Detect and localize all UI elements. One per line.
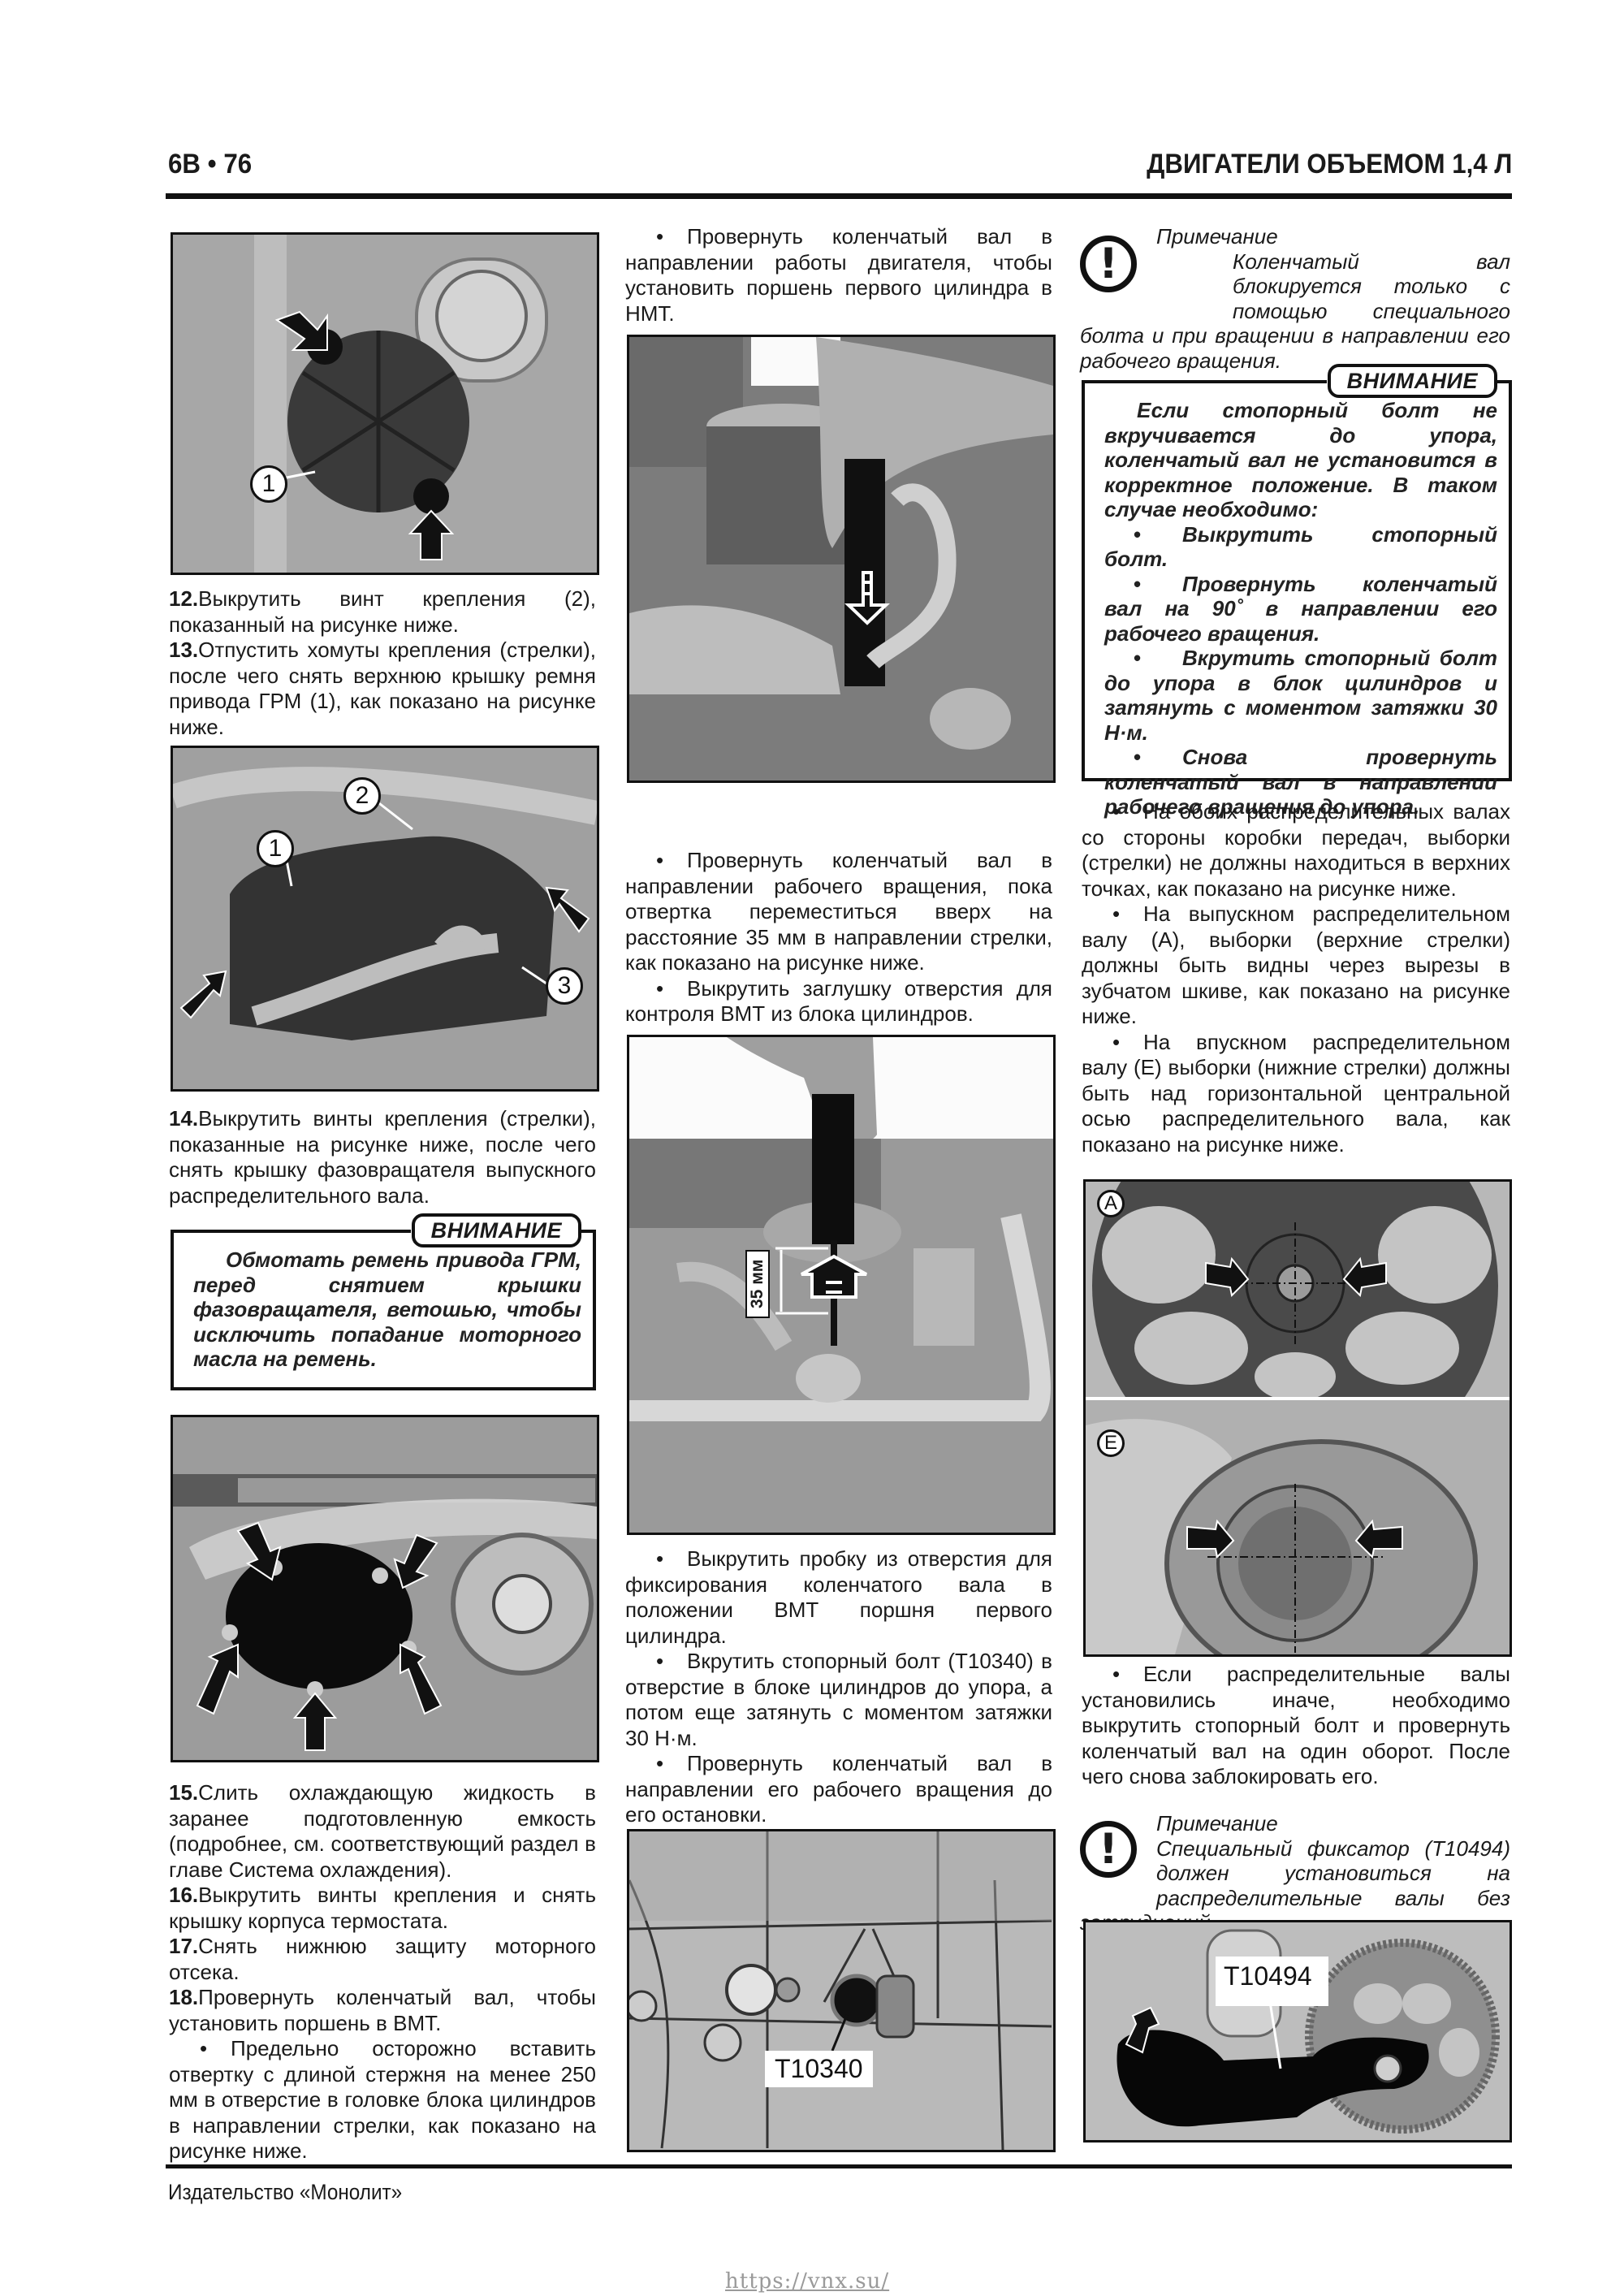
- engine-photo-illustration: [173, 235, 597, 573]
- bullet-intake-camshaft: На впускном распределительном валу (Е) в…: [1082, 1030, 1510, 1158]
- warning-text: Если стопорный болт не вкручивается до у…: [1085, 380, 1509, 828]
- column-1-text-c: 15.Слить охлаждающую жидкость в заранее …: [169, 1780, 596, 2164]
- label-exhaust-camshaft-a: A: [1097, 1190, 1125, 1217]
- bullet-exhaust-camshaft: На выпускном распределительном валу (А),…: [1082, 902, 1510, 1030]
- label-intake-camshaft-e: E: [1097, 1429, 1125, 1457]
- figure-screwdriver-insert: [627, 335, 1056, 783]
- bullet-both-camshafts: На обоих распределительных валах со стор…: [1082, 799, 1510, 902]
- engine-photo-illustration: [629, 1831, 1053, 2150]
- column-1-text-b: 14.Выкрутить винты крепления (стрелки), …: [169, 1106, 596, 1209]
- bullet-remove-bdc-plug: Выкрутить пробку из отверстия для фиксир…: [625, 1546, 1052, 1649]
- figure-phaser-cover-bolts: [171, 1415, 599, 1762]
- bullet-install-t10340: Вкрутить стопорный болт (T10340) в отвер…: [625, 1649, 1052, 1751]
- note-title: Примечание: [1156, 224, 1510, 249]
- warning-box-belt: ВНИМАНИЕ Обмотать ремень привода ГРМ, пе…: [171, 1230, 596, 1390]
- warning-badge: ВНИМАНИЕ: [412, 1213, 581, 1247]
- column-3-text-b: Если распределительные валы установились…: [1082, 1662, 1510, 1790]
- page-number: 6B • 76: [168, 149, 252, 180]
- watermark-link[interactable]: https://vnx.su/: [725, 2269, 889, 2294]
- figure-locking-bolt-t10340: T10340: [627, 1829, 1056, 2152]
- callout-1: 1: [250, 465, 287, 503]
- tool-label-t10494: T10494: [1216, 1957, 1328, 2006]
- figure-camshaft-fixture-t10494: T10494: [1083, 1920, 1512, 2143]
- figure-screwdriver-35mm: 35 мм: [627, 1035, 1056, 1535]
- step-17: 17.Снять нижнюю защиту моторного отсека.: [169, 1934, 596, 1985]
- column-2-text-c: Выкрутить пробку из отверстия для фиксир…: [625, 1546, 1052, 1828]
- figure-camshaft-positions: A E: [1083, 1179, 1512, 1657]
- column-1-text-a: 12.Выкрутить винт крепления (2), показан…: [169, 586, 596, 740]
- step-14: 14.Выкрутить винты крепления (стрелки), …: [169, 1106, 596, 1209]
- publisher-name: Издательство «Монолит»: [168, 2180, 402, 2205]
- bullet-rotate-35mm: Провернуть коленчатый вал в направлении …: [625, 848, 1052, 976]
- callout-3: 3: [546, 967, 583, 1005]
- figure-phaser-cover-clamps: 1: [171, 232, 599, 575]
- column-3-text-a: На обоих распределительных валах со стор…: [1082, 799, 1510, 1157]
- column-2-text-b: Провернуть коленчатый вал в направлении …: [625, 848, 1052, 1027]
- engine-photo-illustration: [629, 1037, 1053, 1533]
- warning-badge: ВНИМАНИЕ: [1328, 364, 1497, 398]
- step-13: 13.Отпустить хомуты крепления (стрелки),…: [169, 638, 596, 740]
- step-12: 12.Выкрутить винт крепления (2), показан…: [169, 586, 596, 638]
- step-15: 15.Слить охлаждающую жидкость в заранее …: [169, 1780, 596, 1883]
- tool-label-t10340: T10340: [765, 2051, 873, 2087]
- engine-photo-illustration: [173, 1417, 597, 1760]
- figure-timing-belt-cover: 1 2 3: [171, 746, 599, 1092]
- step-16: 16.Выкрутить винты крепления и снять кры…: [169, 1883, 596, 1934]
- dimension-label-35mm: 35 мм: [745, 1250, 770, 1318]
- header-rule: [166, 193, 1512, 199]
- column-2-text-a: Провернуть коленчатый вал в направлении …: [625, 224, 1052, 326]
- warning-item: Вкрутить стопорный болт до упора в блок …: [1104, 646, 1497, 745]
- warning-item: Провернуть коленчатый вал на 90˚ в напра…: [1104, 572, 1497, 646]
- engine-photo-illustration: [1086, 1922, 1510, 2140]
- callout-1: 1: [257, 830, 294, 867]
- warning-item: Выкрутить стопорный болт.: [1104, 522, 1497, 572]
- warning-text: Обмотать ремень привода ГРМ, перед сняти…: [174, 1230, 593, 1380]
- step-18: 18.Провернуть коленчатый вал, чтобы уста…: [169, 1985, 596, 2036]
- bullet-bdc: Провернуть коленчатый вал в направлении …: [625, 224, 1052, 326]
- engine-photo-illustration: [173, 748, 597, 1089]
- step-18-bullet: Предельно осторожно вставить отвертку с …: [169, 2036, 596, 2164]
- note-title: Примечание: [1156, 1811, 1510, 1836]
- section-title: ДВИГАТЕЛИ ОБЪЕМОМ 1,4 Л: [1147, 149, 1512, 180]
- bullet-rotate-until-stop: Провернуть коленчатый вал в направлении …: [625, 1751, 1052, 1828]
- footer-rule: [166, 2164, 1512, 2168]
- note-box-crankshaft-lock: ! Примечание Коленчатый вал блокируется …: [1080, 224, 1510, 373]
- exclamation-icon: !: [1080, 1821, 1137, 1878]
- bullet-remove-plug: Выкрутить заглушку отверстия для контрол…: [625, 976, 1052, 1027]
- engine-photo-illustration: [629, 337, 1053, 780]
- note-box-t10494: ! Примечание Специальный фиксатор (T1049…: [1080, 1811, 1510, 1935]
- camshaft-sprocket-illustration: [1086, 1182, 1510, 1654]
- warning-box-locking-bolt: ВНИМАНИЕ Если стопорный болт не вкручива…: [1082, 380, 1512, 781]
- callout-2: 2: [343, 777, 381, 815]
- bullet-reposition-camshafts: Если распределительные валы установились…: [1082, 1662, 1510, 1790]
